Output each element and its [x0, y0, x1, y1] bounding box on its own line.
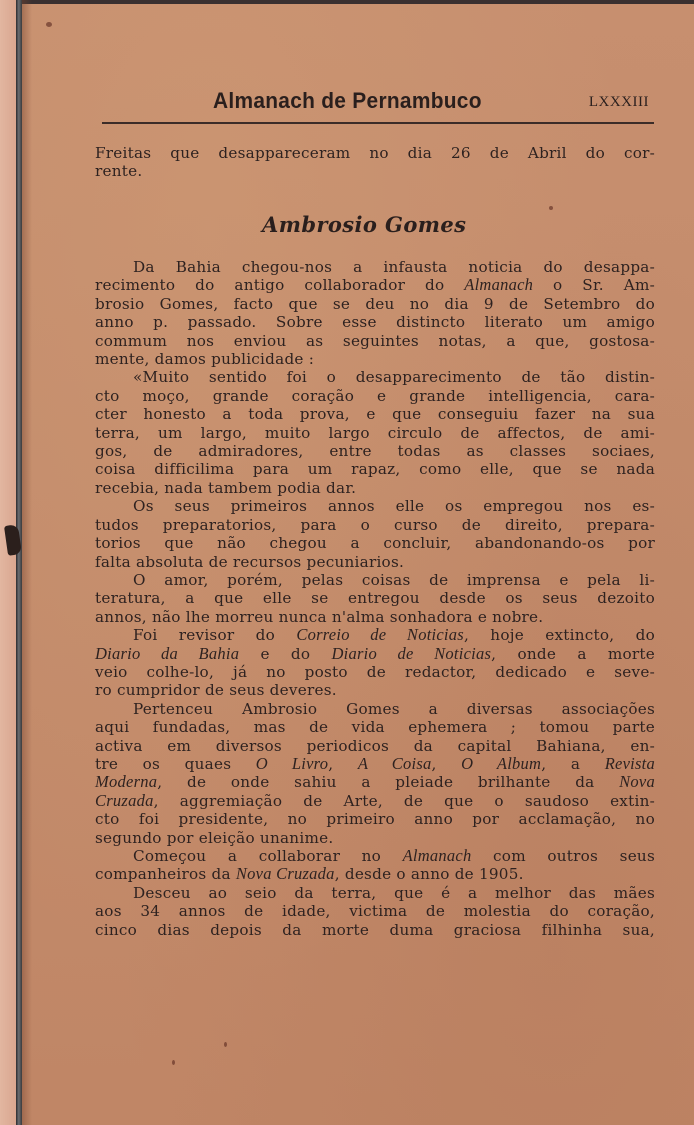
- text-line: recimento do antigo collaborador do Alma…: [95, 276, 655, 294]
- text-line: Da Bahia chegou-nos a infausta noticia d…: [95, 258, 655, 276]
- text-line: Pertenceu Ambrosio Gomes a diversas asso…: [95, 700, 655, 718]
- text-line: cto foi presidente, no primeiro anno por…: [95, 810, 655, 828]
- italic-title: Almanach: [403, 846, 472, 865]
- italic-title: Nova Cruzada: [236, 864, 335, 883]
- text-line: commum nos enviou as seguintes notas, a …: [95, 332, 655, 350]
- text-line: ro cumpridor de seus deveres.: [95, 681, 655, 699]
- obituary-body: Da Bahia chegou-nos a infausta noticia d…: [95, 258, 655, 939]
- text-line: activa em diversos periodicos da capital…: [95, 737, 655, 755]
- text-line: Moderna, de onde sahiu a pleiade brilhan…: [95, 773, 655, 791]
- italic-title: Diario de Noticias: [332, 644, 492, 663]
- text-line: coisa difficilima para um rapaz, como el…: [95, 460, 655, 478]
- text-line: tudos preparatorios, para o curso de dir…: [95, 516, 655, 534]
- text-line: gos, de admiradores, entre todas as clas…: [95, 442, 655, 460]
- text-line: mente, damos publicidade :: [95, 350, 655, 368]
- text-line: torios que não chegou a concluir, abando…: [95, 534, 655, 552]
- paragraph: Desceu ao seio da terra, que é a melhor …: [95, 884, 655, 939]
- text-line: cter honesto a toda prova, e que consegu…: [95, 405, 655, 423]
- text-line: rente.: [95, 162, 655, 180]
- text-line: Os seus primeiros annos elle os empregou…: [95, 497, 655, 515]
- italic-title: Almanach: [464, 275, 533, 294]
- italic-title: Nova: [619, 772, 655, 791]
- italic-title: Cruzada: [95, 791, 154, 810]
- italic-title: Correio de Noticias: [296, 625, 464, 644]
- running-header: Almanach de Pernambuco LXXXIII: [100, 86, 653, 120]
- text-line: companheiros da Nova Cruzada, desde o an…: [95, 865, 655, 883]
- paragraph: O amor, porém, pelas coisas de imprensa …: [95, 571, 655, 626]
- text-line: Começou a collaborar no Almanach com out…: [95, 847, 655, 865]
- adjacent-page-margin: [0, 0, 16, 1125]
- continuation-paragraph: Freitas que desappareceram no dia 26 de …: [95, 144, 655, 181]
- text-line: «Muito sentido foi o desapparecimento de…: [95, 368, 655, 386]
- text-line: Diario da Bahia e do Diario de Noticias,…: [95, 645, 655, 663]
- text-line: segundo por eleição unanime.: [95, 829, 655, 847]
- scanned-page: Almanach de Pernambuco LXXXIII Freitas q…: [0, 0, 694, 1125]
- text-line: Desceu ao seio da terra, que é a melhor …: [95, 884, 655, 902]
- paragraph: Foi revisor do Correio de Noticias, hoje…: [95, 626, 655, 700]
- publication-title: Almanach de Pernambuco: [213, 88, 482, 114]
- paragraph: Começou a collaborar no Almanach com out…: [95, 847, 655, 884]
- gutter-shadow: [22, 0, 32, 1125]
- italic-title: O Album: [461, 754, 541, 773]
- italic-title: O Livro: [256, 754, 328, 773]
- text-line: cto moço, grande coração e grande intell…: [95, 387, 655, 405]
- text-line: annos, não lhe morreu nunca n'alma sonha…: [95, 608, 655, 626]
- text-line: aos 34 annos de idade, victima de molest…: [95, 902, 655, 920]
- text-line: O amor, porém, pelas coisas de imprensa …: [95, 571, 655, 589]
- paper-speck: [549, 206, 553, 210]
- header-rule: [102, 122, 654, 124]
- page-number: LXXXIII: [589, 94, 649, 111]
- paragraph: «Muito sentido foi o desapparecimento de…: [95, 368, 655, 497]
- text-line: teratura, a que elle se entregou desde o…: [95, 589, 655, 607]
- top-edge-shadow: [0, 0, 694, 4]
- text-line: Freitas que desappareceram no dia 26 de …: [95, 144, 655, 162]
- paper-speck: [46, 22, 52, 27]
- text-line: cinco dias depois da morte duma graciosa…: [95, 921, 655, 939]
- text-line: veio colhe-lo, já no posto de redactor, …: [95, 663, 655, 681]
- italic-title: Diario da Bahia: [95, 644, 239, 663]
- text-line: falta absoluta de recursos pecuniarios.: [95, 553, 655, 571]
- paragraph: Pertenceu Ambrosio Gomes a diversas asso…: [95, 700, 655, 847]
- paper-speck: [172, 1060, 175, 1065]
- paper-speck: [224, 1042, 227, 1047]
- text-line: Foi revisor do Correio de Noticias, hoje…: [95, 626, 655, 644]
- italic-title: Revista: [605, 754, 655, 773]
- obituary-title: Ambrosio Gomes: [262, 212, 466, 237]
- text-line: terra, um largo, muito largo circulo de …: [95, 424, 655, 442]
- paragraph: Os seus primeiros annos elle os empregou…: [95, 497, 655, 571]
- text-line: anno p. passado. Sobre esse distincto li…: [95, 313, 655, 331]
- text-line: aqui fundadas, mas de vida ephemera ; to…: [95, 718, 655, 736]
- text-line: recebia, nada tambem podia dar.: [95, 479, 655, 497]
- italic-title: Moderna: [95, 772, 157, 791]
- text-line: tre os quaes O Livro, A Coisa, O Album, …: [95, 755, 655, 773]
- text-line: brosio Gomes, facto que se deu no dia 9 …: [95, 295, 655, 313]
- text-line: Cruzada, aggremiação de Arte, de que o s…: [95, 792, 655, 810]
- paragraph: Da Bahia chegou-nos a infausta noticia d…: [95, 258, 655, 368]
- continuation-text: Freitas que desappareceram no dia 26 de …: [95, 144, 655, 181]
- italic-title: A Coisa: [358, 754, 432, 773]
